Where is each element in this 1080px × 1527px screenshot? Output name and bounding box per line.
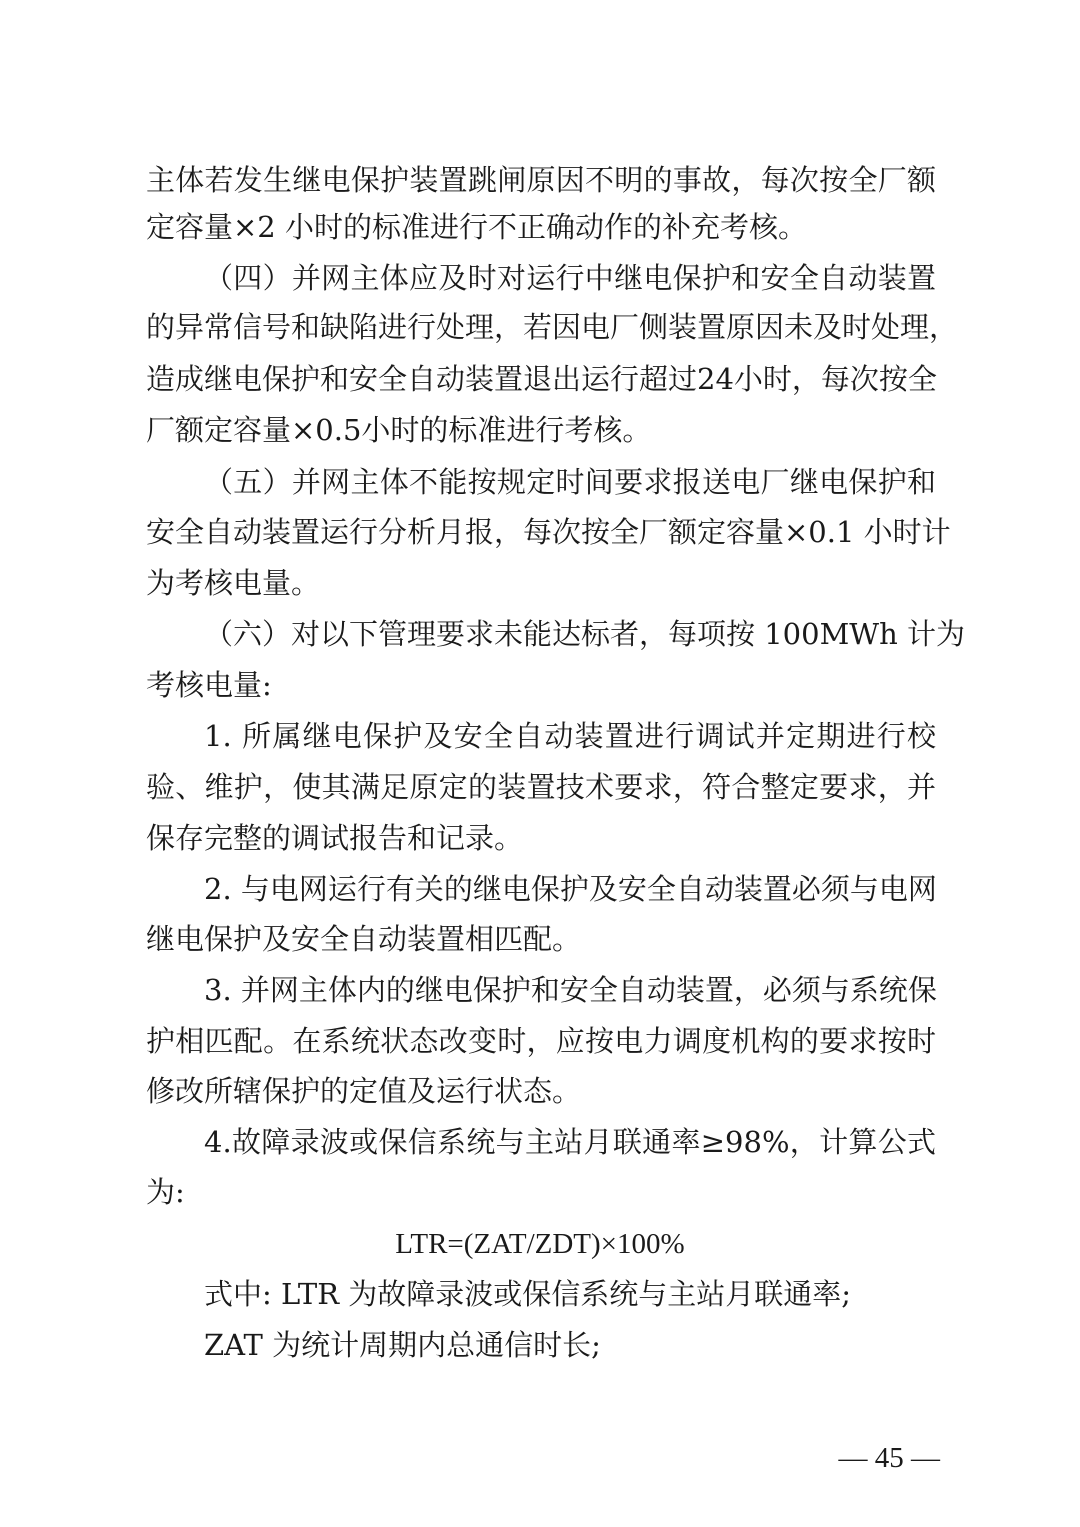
text-line: 定容量×2 小时的标准进行不正确动作的补充考核。 (146, 205, 936, 249)
text-line: 主体若发生继电保护装置跳闸原因不明的事故，每次按全厂额 (146, 158, 936, 202)
document-page: 主体若发生继电保护装置跳闸原因不明的事故，每次按全厂额 定容量×2 小时的标准进… (0, 0, 1080, 1527)
section-heading-4: （四）并网主体应及时对运行中继电保护和安全自动装置 (204, 256, 936, 300)
text-line: 厂额定容量×0.5小时的标准进行考核。 (146, 408, 936, 452)
text-line: 验、维护，使其满足原定的装置技术要求，符合整定要求，并 (146, 765, 936, 809)
text-line: 的异常信号和缺陷进行处理，若因电厂侧装置原因未及时处理， (146, 305, 936, 349)
formula-definition-zat: ZAT 为统计周期内总通信时长; (204, 1323, 936, 1367)
list-item-2: 2. 与电网运行有关的继电保护及安全自动装置必须与电网 (204, 867, 936, 911)
text-line: 护相匹配。在系统状态改变时，应按电力调度机构的要求按时 (146, 1019, 936, 1063)
text-line: 考核电量: (146, 663, 936, 707)
formula: LTR=(ZAT/ZDT)×100% (0, 1222, 1080, 1266)
text-line: 保存完整的调试报告和记录。 (146, 816, 936, 860)
text-line: 造成继电保护和安全自动装置退出运行超过24小时，每次按全 (146, 357, 936, 401)
list-item-3: 3. 并网主体内的继电保护和安全自动装置，必须与系统保 (204, 968, 936, 1012)
text-line: 安全自动装置运行分析月报，每次按全厂额定容量×0.1 小时计 (146, 510, 936, 554)
list-item-1: 1. 所属继电保护及安全自动装置进行调试并定期进行校 (204, 714, 936, 758)
page-number: — 45 — (830, 1438, 940, 1478)
formula-definition-ltr: 式中: LTR 为故障录波或保信系统与主站月联通率; (204, 1272, 936, 1316)
section-heading-5: （五）并网主体不能按规定时间要求报送电厂继电保护和 (204, 460, 936, 504)
list-item-4: 4.故障录波或保信系统与主站月联通率≥98%，计算公式 (204, 1120, 936, 1164)
text-line: 为: (146, 1170, 936, 1214)
text-line: 为考核电量。 (146, 561, 936, 605)
section-heading-6: （六）对以下管理要求未能达标者，每项按 100MWh 计为 (204, 612, 936, 656)
text-line: 继电保护及安全自动装置相匹配。 (146, 917, 936, 961)
text-line: 修改所辖保护的定值及运行状态。 (146, 1069, 936, 1113)
